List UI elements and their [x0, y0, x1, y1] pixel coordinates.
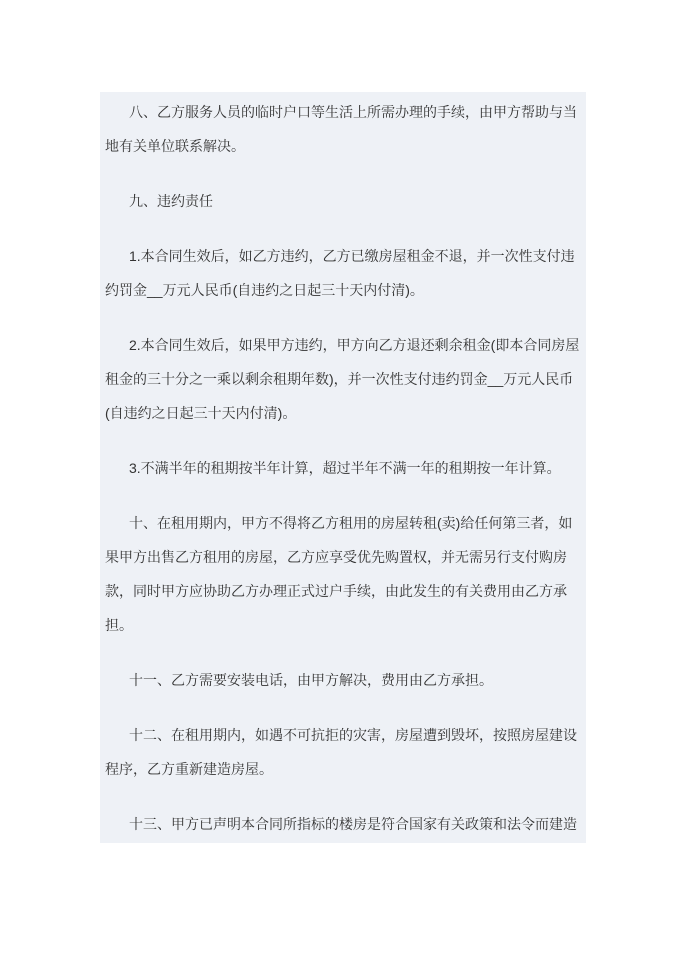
paragraph-clause-8: 八、乙方服务人员的临时户口等生活上所需办理的手续，由甲方帮助与当地有关单位联系解…: [105, 95, 581, 163]
paragraph-clause-9-item-1: 1.本合同生效后，如乙方违约，乙方已缴房屋租金不退，并一次性支付违约罚金__万元…: [105, 239, 581, 307]
page: { "page": { "background_color": "#ffffff…: [0, 0, 690, 976]
paragraph-heading-clause-9: 九、违约责任: [105, 184, 581, 218]
paragraph-clause-9-item-3: 3.不满半年的租期按半年计算，超过半年不满一年的租期按一年计算。: [105, 451, 581, 485]
contract-text-block: 八、乙方服务人员的临时户口等生活上所需办理的手续，由甲方帮助与当地有关单位联系解…: [100, 92, 586, 843]
paragraph-clause-13: 十三、甲方已声明本合同所指标的楼房是符合国家有关政策和法令而建造和经营的，甲乙双…: [105, 807, 581, 843]
paragraph-clause-10: 十、在租用期内，甲方不得将乙方租用的房屋转租(卖)给任何第三者，如果甲方出售乙方…: [105, 506, 581, 642]
paragraph-clause-11: 十一、乙方需要安装电话，由甲方解决，费用由乙方承担。: [105, 663, 581, 697]
paragraph-clause-9-item-2: 2.本合同生效后，如果甲方违约，甲方向乙方退还剩余租金(即本合同房屋租金的三十分…: [105, 328, 581, 430]
paragraph-clause-12: 十二、在租用期内，如遇不可抗拒的灾害，房屋遭到毁坏，按照房屋建设程序，乙方重新建…: [105, 718, 581, 786]
